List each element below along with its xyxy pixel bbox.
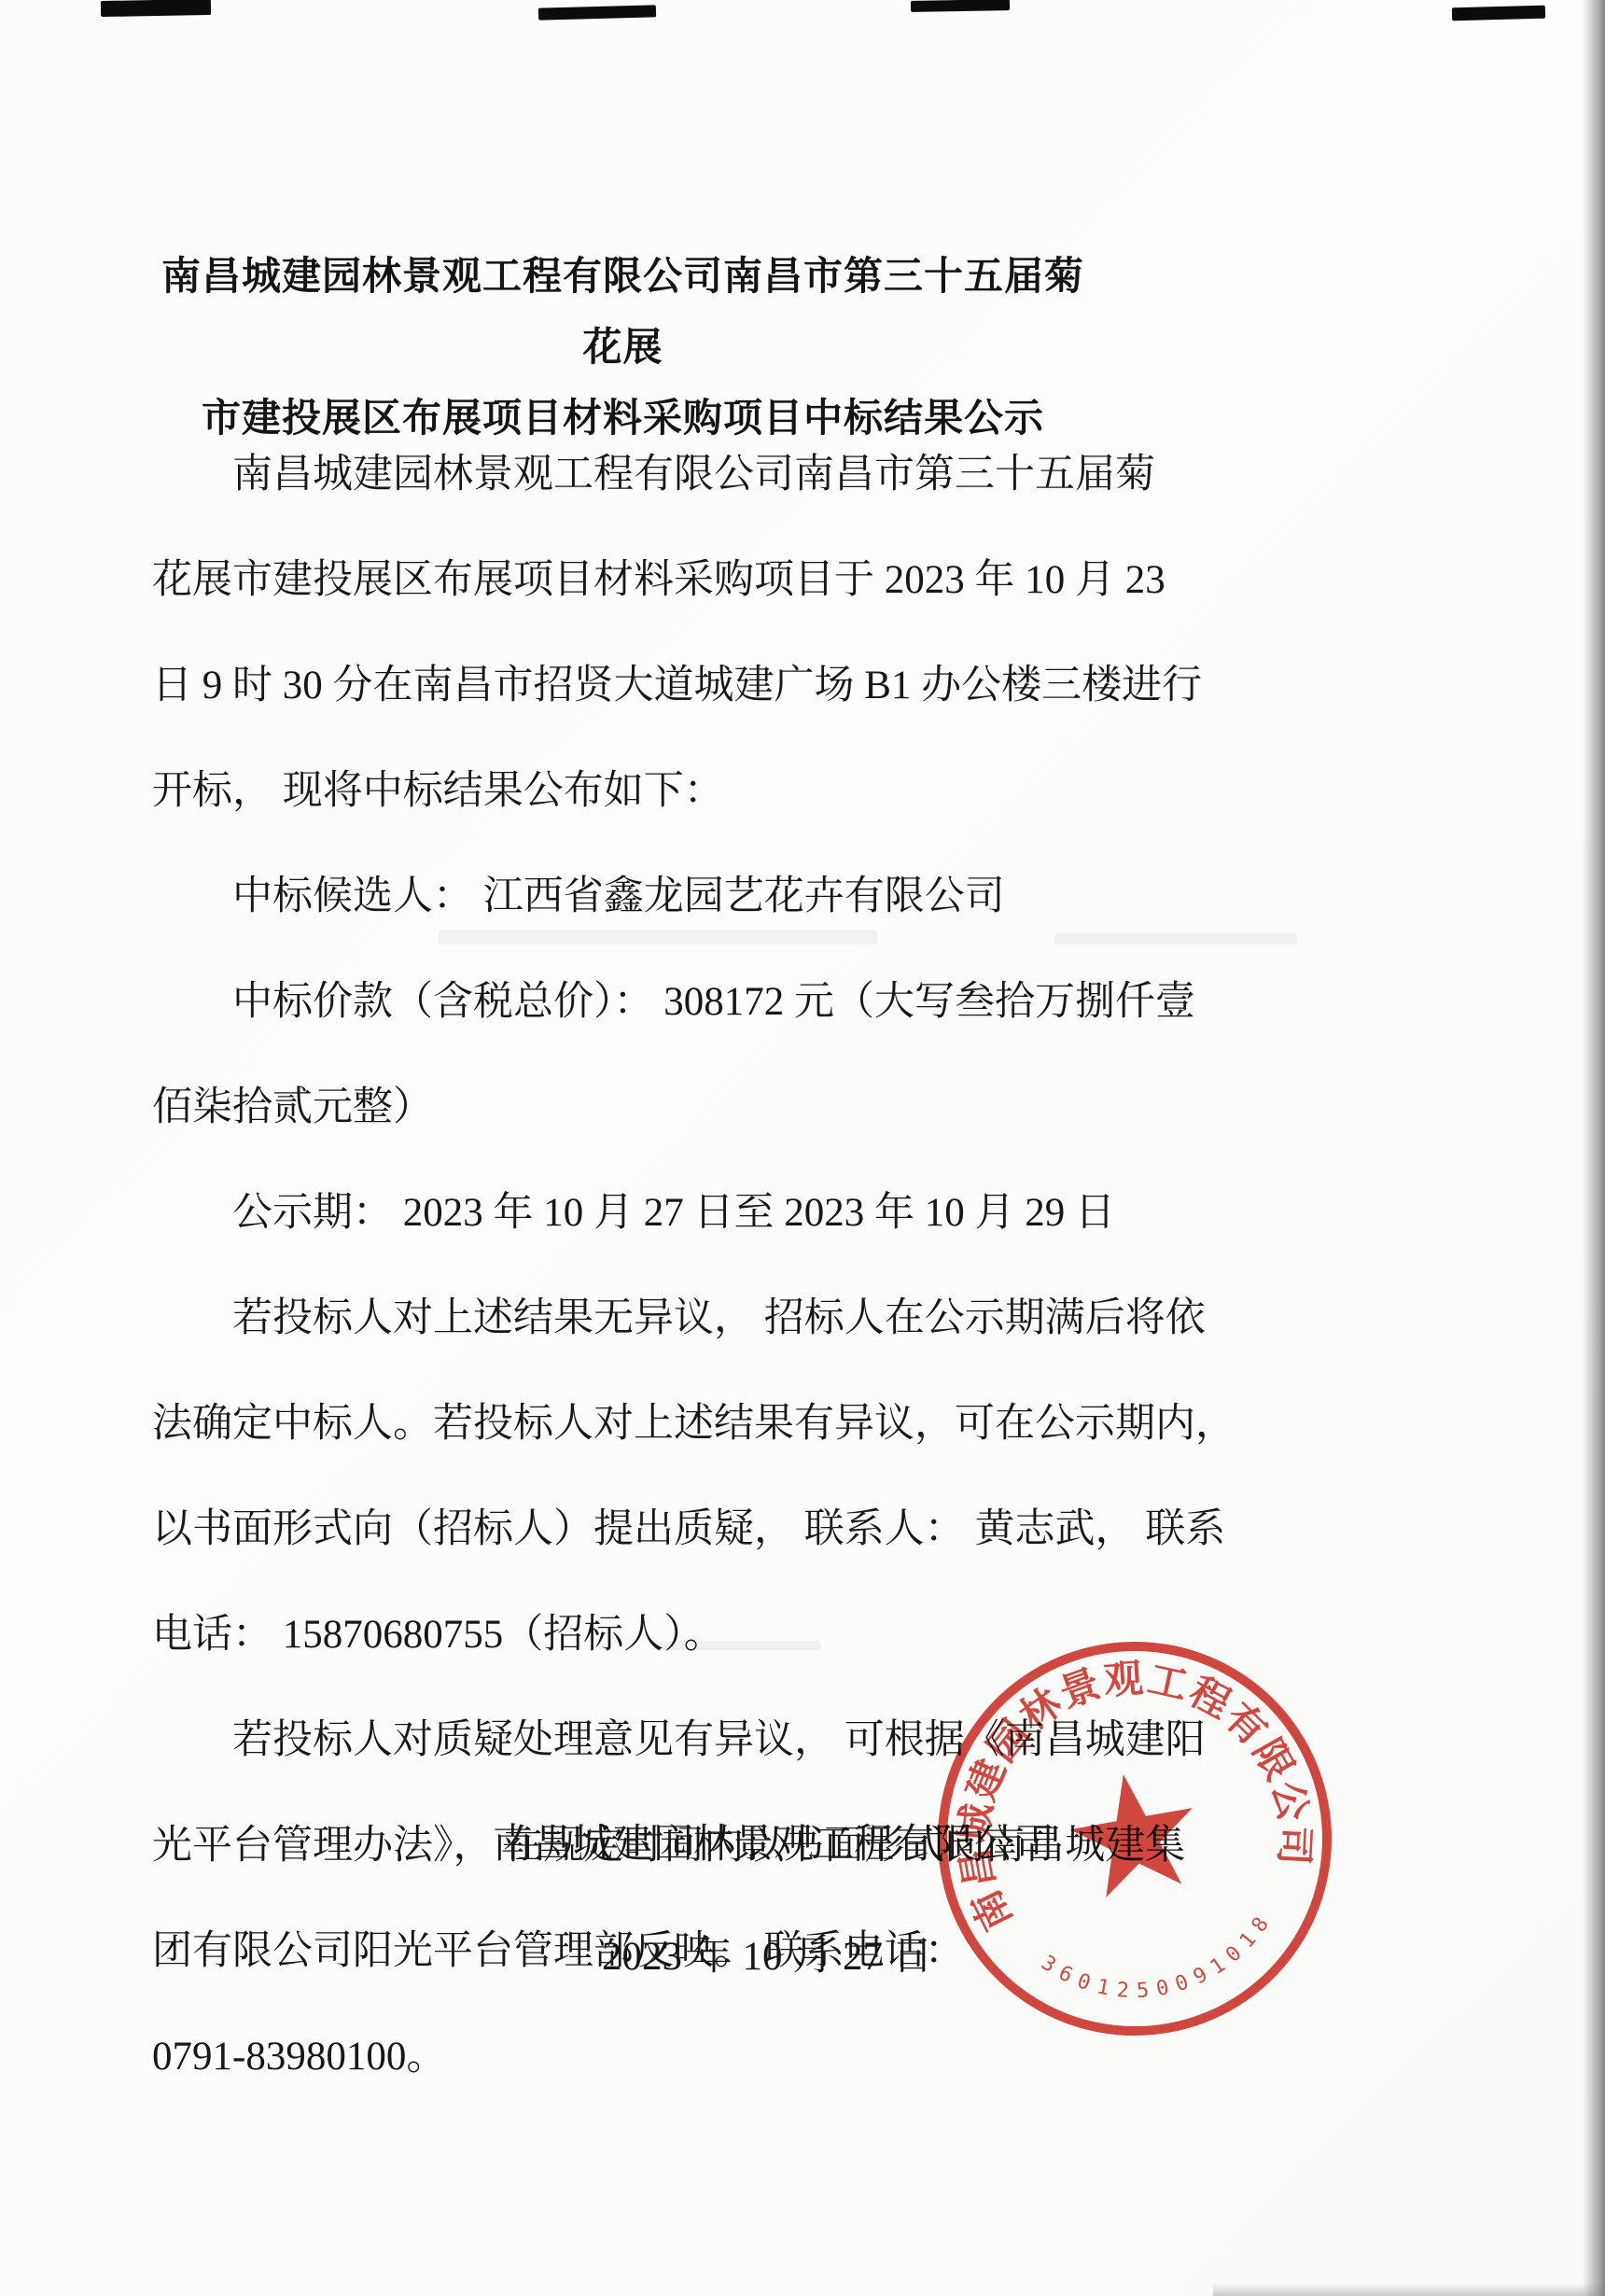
seal-star-icon xyxy=(1062,1763,1205,1901)
body-line: 法确定中标人。若投标人对上述结果有异议，可在公示期内， xyxy=(152,1371,1095,1477)
body-line: 中标候选人： 江西省鑫龙园艺花卉有限公司 xyxy=(152,844,1095,949)
body-line: 南昌城建园林景观工程有限公司南昌市第三十五届菊 xyxy=(152,422,1095,527)
scan-edge-shadow xyxy=(1213,2283,1605,2296)
scan-artifact xyxy=(911,0,1010,12)
body-line: 花展市建投展区布展项目材料采购项目于 2023 年 10 月 23 xyxy=(152,527,1095,633)
title-line-1: 南昌城建园林景观工程有限公司南昌市第三十五届菊花展 xyxy=(149,241,1096,383)
body-line: 中标价款（含税总价）： 308172 元（大写叁拾万捌仟壹 xyxy=(152,949,1095,1055)
scan-edge-shadow xyxy=(1583,0,1605,2296)
signature-date: 2023 年 10 月 27 日 xyxy=(602,1925,933,1981)
body-line: 0791-83980100。 xyxy=(152,2004,1095,2109)
body-line: 佰柒拾贰元整） xyxy=(152,1055,1095,1160)
seal-serial-number: 3601250091018 xyxy=(1032,1903,1289,2021)
svg-text:3601250091018: 3601250091018 xyxy=(1032,1903,1289,2021)
body-line: 若投标人对上述结果无异议， 招标人在公示期满后将依 xyxy=(152,1266,1095,1371)
scan-artifact xyxy=(101,0,211,17)
body-line: 日 9 时 30 分在南昌市招贤大道城建广场 B1 办公楼三楼进行 xyxy=(152,633,1095,738)
body-line: 以书面形式向（招标人）提出质疑， 联系人： 黄志武， 联系 xyxy=(152,1477,1095,1582)
body-line: 公示期： 2023 年 10 月 27 日至 2023 年 10 月 29 日 xyxy=(152,1160,1095,1266)
scan-artifact xyxy=(1452,6,1545,21)
body-line: 开标， 现将中标结果公布如下： xyxy=(152,738,1095,844)
page: { "title": { "line1": "南昌城建园林景观工程有限公司南昌市… xyxy=(0,0,1605,2296)
company-seal: 南昌城建园林景观工程有限公司 3601250091018 xyxy=(899,1603,1370,2074)
